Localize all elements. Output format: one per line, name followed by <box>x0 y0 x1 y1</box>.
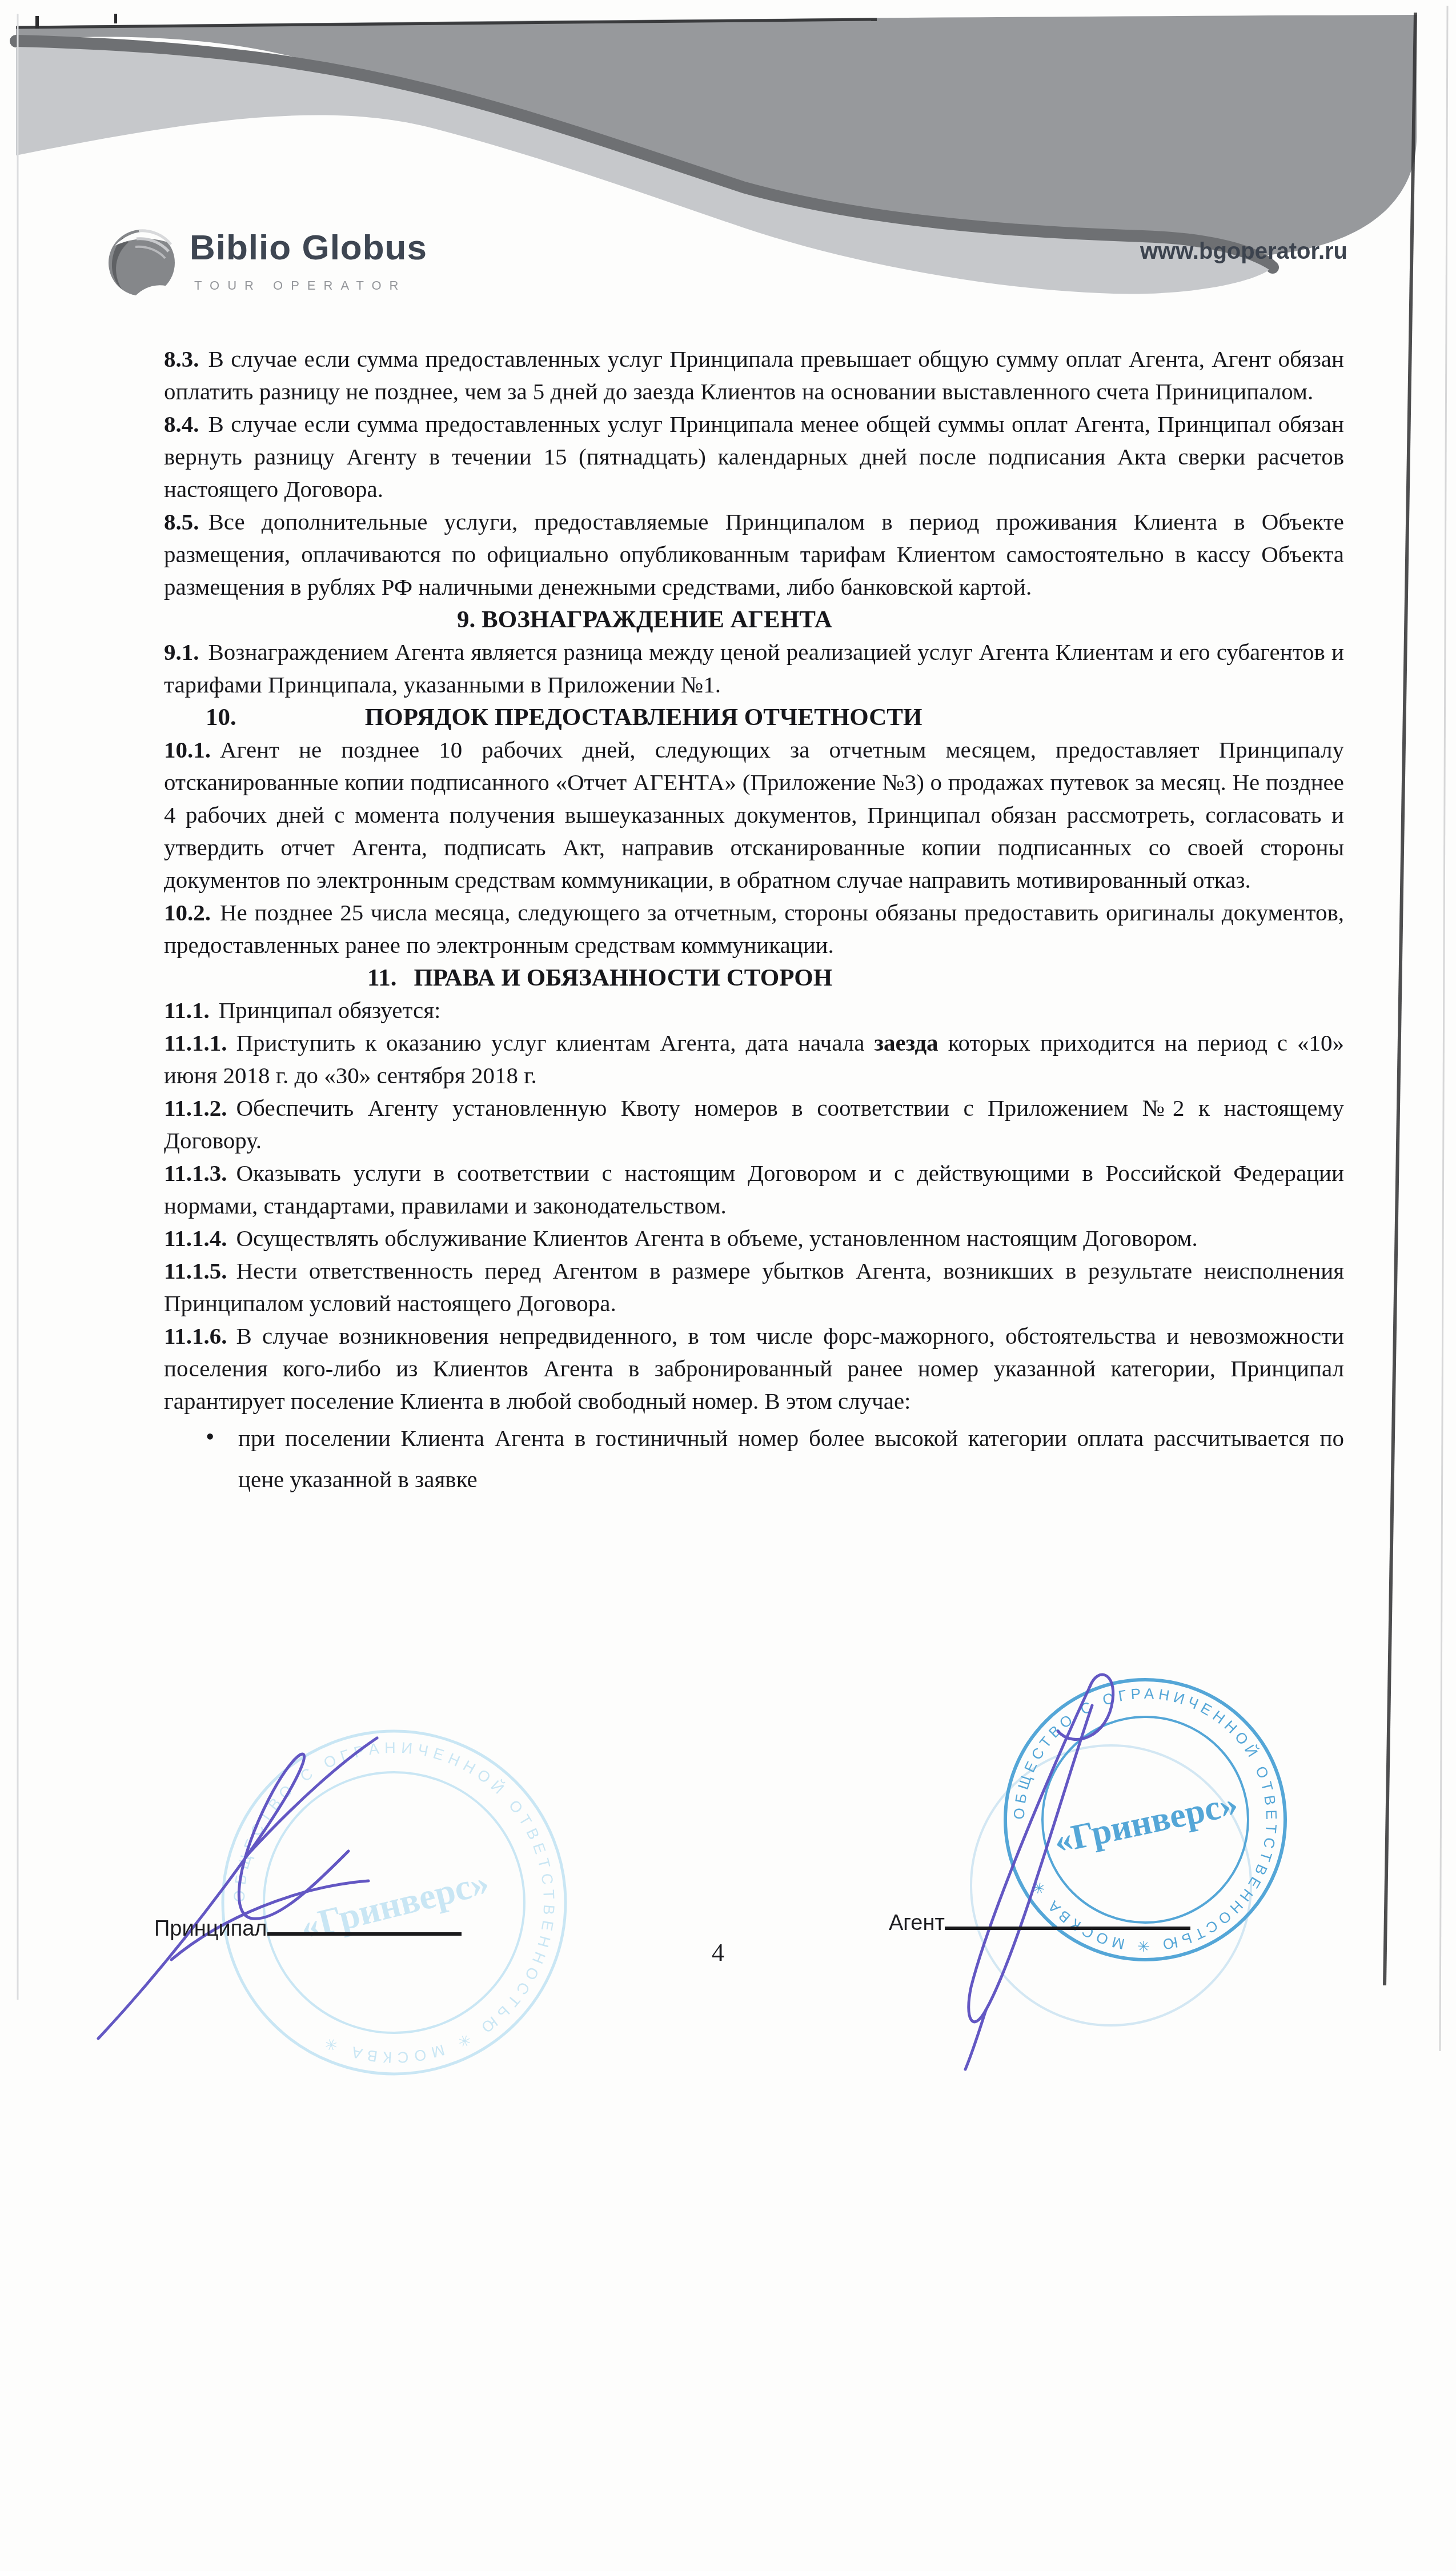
bullet-marker: • <box>206 1416 214 1457</box>
section-11-heading: 11.ПРАВА И ОБЯЗАННОСТИ СТОРОН <box>164 962 1344 994</box>
agent-signature-block: Агент <box>889 1909 1190 1936</box>
clause-number: 8.3. <box>164 346 199 372</box>
clause-number: 10.2. <box>164 899 211 926</box>
clause-8-5: 8.5.Все дополнительные услуги, предостав… <box>164 506 1344 603</box>
clause-text: В случае если сумма предоставленных услу… <box>164 411 1344 502</box>
logo-subtitle: TOUR OPERATOR <box>194 278 406 293</box>
clause-number: 11.1.3. <box>164 1160 227 1186</box>
section-number: 10. <box>206 704 236 731</box>
principal-signature-block: Принципал <box>154 1915 462 1941</box>
agent-label: Агент <box>889 1911 945 1935</box>
clause-text: Все дополнительные услуги, предоставляем… <box>164 508 1344 600</box>
section-10-heading: 10.ПОРЯДОК ПРЕДОСТАВЛЕНИЯ ОТЧЕТНОСТИ <box>164 701 1344 734</box>
clause-text: Обеспечить Агенту установленную Квоту но… <box>164 1095 1344 1154</box>
clause-text: Приступить к оказанию услуг клиентам Аге… <box>236 1030 875 1056</box>
clause-text: Оказывать услуги в соответствии с настоя… <box>164 1160 1344 1219</box>
clause-number: 11.1. <box>164 997 210 1023</box>
section-9-heading: 9. ВОЗНАГРАЖДЕНИЕ АГЕНТА <box>164 603 1344 636</box>
clause-9-1: 9.1.Вознаграждением Агента является разн… <box>164 636 1344 701</box>
agent-signature-line <box>945 1909 1190 1930</box>
clause-text: Агент не позднее 10 рабочих дней, следую… <box>164 736 1344 893</box>
clause-text: Вознаграждением Агента является разница … <box>164 639 1344 698</box>
clause-8-3: 8.3.В случае если сумма предоставленных … <box>164 343 1344 408</box>
clause-text: Принципал обязуется: <box>219 997 441 1023</box>
contract-text-column: 8.3.В случае если сумма предоставленных … <box>164 343 1344 1500</box>
section-title: ПОРЯДОК ПРЕДОСТАВЛЕНИЯ ОТЧЕТНОСТИ <box>365 704 922 731</box>
logo-title: Biblio Globus <box>190 227 427 268</box>
bullet-text: при поселении Клиента Агента в гостиничн… <box>238 1425 1344 1492</box>
website-url: www.bgoperator.ru <box>1140 239 1347 265</box>
clause-text: В случае если сумма предоставленных услу… <box>164 346 1344 405</box>
clause-11-1-6: 11.1.6.В случае возникновения непредвиде… <box>164 1320 1344 1417</box>
clause-text: В случае возникновения непредвиденного, … <box>164 1323 1344 1414</box>
clause-number: 11.1.2. <box>164 1095 227 1121</box>
clause-11-1-2: 11.1.2.Обеспечить Агенту установленную К… <box>164 1092 1344 1157</box>
clause-number: 9.1. <box>164 639 199 665</box>
clause-text: Нести ответственность перед Агентом в ра… <box>164 1258 1344 1316</box>
scanned-contract-page: Biblio Globus TOUR OPERATOR www.bgoperat… <box>0 0 1456 2571</box>
clause-text: Осуществлять обслуживание Клиентов Агент… <box>236 1225 1198 1251</box>
clause-text: Не позднее 25 числа месяца, следующего з… <box>164 899 1344 958</box>
clause-11-1-1: 11.1.1.Приступить к оказанию услуг клиен… <box>164 1027 1344 1092</box>
clause-11-1: 11.1.Принципал обязуется: <box>164 994 1344 1027</box>
clause-number: 10.1. <box>164 736 211 763</box>
bullet-clause: •при поселении Клиента Агента в гостинич… <box>164 1417 1344 1500</box>
clause-number: 11.1.5. <box>164 1258 227 1284</box>
bold-word-zaezda: заезда <box>874 1030 938 1056</box>
clause-number: 11.1.4. <box>164 1225 227 1251</box>
right-page-edge-line <box>1385 13 1415 1985</box>
section-title: ПРАВА И ОБЯЗАННОСТИ СТОРОН <box>414 964 832 991</box>
principal-signature-line <box>267 1915 462 1936</box>
right-fold-line <box>1440 6 1447 2051</box>
clause-11-1-3: 11.1.3.Оказывать услуги в соответствии с… <box>164 1157 1344 1222</box>
clause-10-2: 10.2.Не позднее 25 числа месяца, следующ… <box>164 896 1344 962</box>
section-number: 11. <box>367 964 396 991</box>
clause-number: 8.4. <box>164 411 199 437</box>
clause-8-4: 8.4.В случае если сумма предоставленных … <box>164 408 1344 506</box>
clause-number: 11.1.6. <box>164 1323 227 1349</box>
clause-11-1-4: 11.1.4.Осуществлять обслуживание Клиенто… <box>164 1222 1344 1255</box>
biblio-globus-logo-icon <box>106 222 181 299</box>
clause-number: 11.1.1. <box>164 1030 227 1056</box>
principal-label: Принципал <box>154 1917 267 1941</box>
clause-11-1-5: 11.1.5.Нести ответственность перед Агент… <box>164 1255 1344 1320</box>
page-number: 4 <box>712 1938 724 1967</box>
clause-number: 8.5. <box>164 508 199 535</box>
clause-10-1: 10.1.Агент не позднее 10 рабочих дней, с… <box>164 734 1344 896</box>
